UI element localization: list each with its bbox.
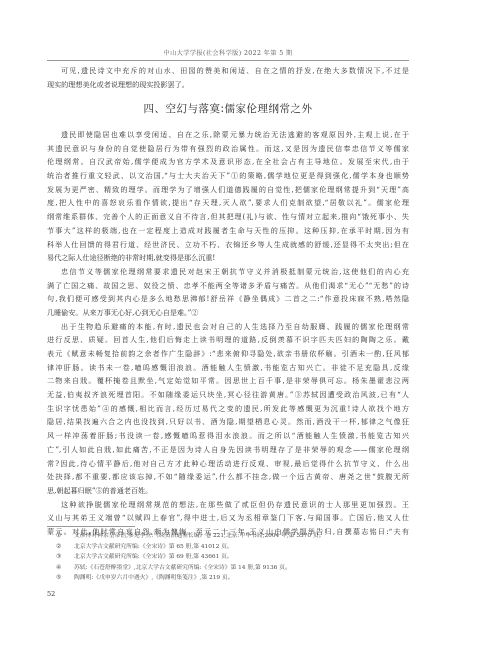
text-line: 二物来自戕。覆杯掩卷且默坐,气定始觉如平常。因思世上百千事,是非荣辱俱可忘。杨朱… [47,374,409,388]
text-line: 伦理纲常。自汉武帝始,儒学便成为官方学术及意识形态,在全社会占有主导地位。发展至… [47,155,409,169]
text-line: 亡”,引人如此自戕,如此痛苦,不正是因为诗人自身先因读书明理存了是非荣辱的观念—… [47,443,409,457]
running-head: 中山大学学报(社会科学版) 2022 年第 5 期 [47,48,409,57]
footnotes: ① 文彦博对神宗皇帝语,参见李焘:《续资治通鉴长编》卷 221,北京:中华书局,… [56,531,406,584]
footnote-divider [47,526,135,527]
footnote-marker: ③ [56,552,74,563]
footnote-5: ⑤ 陶渊明:《戊申岁六月中遇火》,《陶渊明集笺注》,第 219 页。 [56,573,406,584]
text-line: 表元《赋意未畅复拾前韵之余者作广生隐辞》:“悲来俯仰寻隐处,欲亲书册依杯觞。引酒… [47,347,409,361]
footnote-2: ② 北京大学古文献研究所编:《全宋诗》第 65 册,第 41012 页。 [56,542,406,553]
intro-paragraph: 可见,遗民诗文中充斥的对山水、田园的赞美和闲适、自在之情的抒发,在绝大多数情况下… [47,64,409,91]
text-line: 处抉择,都不重要,都应该忘掉,不如“随缘委运”,什么都不挂念,做一个远古黄帝、唐… [47,470,409,484]
text-line: 发展为更严密、精致的理学。而理学为了增强人们道德践履的自觉性,把儒家伦理纲常提升… [47,183,409,197]
paragraph-3: 出于生物趋乐避痛的本能,有时,遗民也会对自己的人生选择乃至自幼服膺、践履的儒家伦… [47,320,409,498]
footnote-text: 陶渊明:《戊申岁六月中遇火》,《陶渊明集笺注》,第 219 页。 [74,573,234,584]
text-line: 出于生物趋乐避痛的本能,有时,遗民也会对自己的人生选择乃至自幼服膺、践履的儒家伦… [47,320,409,334]
section-heading: 四、空幻与落寞:儒家伦理纲常之外 [47,101,409,116]
text-line: 律冲肝肠。读书未一卷,噫呜感慨泪浪浪。酒能触人生愤激,书能览古知兴亡。非徒不足充… [47,361,409,375]
footnote-text: 苏轼:《石苍舒醉墨堂》,北京大学古文献研究所编:《全宋诗》第 14 册,第 91… [74,563,291,574]
text-line: 几睡偷安。从来万事无心好,心到无心自是难。”② [47,306,409,320]
journal-page: 中山大学学报(社会科学版) 2022 年第 5 期 可见,遗民诗文中充斥的对山水… [0,0,480,647]
text-line: 遗民即使隐居也难以享受闲适、自在之乐,除蒙元暴力统治无法逃避的客观原因外,主观上… [47,128,409,142]
footnote-marker: ② [56,542,74,553]
text-line: 风一样冲荡着肝肠;书没读一卷,感慨噫呜惹得泪水浪浪。而之所以“酒能触人生愤激,书… [47,429,409,443]
text-line: 统治者推行重文轻武、以文治国,“与士大夫治天下”①的策略,儒学地位更是得到强化,… [47,169,409,183]
text-line: 忠信节义等儒家伦理纲常要求遗民对赵宋王朝抗节守义并消极抵制蒙元统治,这使他们的内… [47,265,409,279]
text-line: 隐居,结果找遍六合之内也没找到,只好以书、酒为隐,期望栖息心灵。然而,酒没干一杯… [47,415,409,429]
text-line: 常?因此,待心情平静后,他对自己方才此种心理活动进行反观、审视,最后觉得什么抗节… [47,457,409,471]
text-line: 无益,伯夷叔齐浪死埋首阳。不如随缘委运只块坐,冥心径往游黄唐。”③苏轼因遭受政治… [47,388,409,402]
main-body: 遗民即使隐居也难以享受闲适、自在之乐,除蒙元暴力统治无法逃避的客观原因外,主观上… [47,128,409,539]
text-line: 满了亡国之痛、故国之思、奴役之愤、忠孝不能两全等诸多矛盾与痛苦。从他们渴求“无心… [47,279,409,293]
text-line: 现实的理想美化或者说理想的现实投影罢了。 [47,78,409,92]
text-line: 可见,遗民诗文中充斥的对山水、田园的赞美和闲适、自在之情的抒发,在绝大多数情况下… [47,64,409,78]
text-line: 其遗民意识与身份的自觉使隐居行为带有强烈的政治属性。而这,又是因为遗民信奉忠信节… [47,142,409,156]
footnote-marker: ⑤ [56,573,74,584]
text-line: 生识字忧患始”④的感慨,相比而言,经历过易代之变的遗民,所发此等感慨更为沉重!诗… [47,402,409,416]
footnote-text: 北京大学古文献研究所编:《全宋诗》第 69 册,第 43661 页。 [74,552,233,563]
page-number: 52 [47,590,55,598]
footnote-text: 文彦博对神宗皇帝语,参见李焘:《续资治通鉴长编》卷 221,北京:中华书局,20… [74,531,325,542]
text-line: 义山与其弟王义端曾“以赋四上春官”,得中进士,后又为丞相章鉴门下客,与闻国事。亡… [47,511,409,525]
paragraph-2: 忠信节义等儒家伦理纲常要求遗民对赵宋王朝抗节守义并消极抵制蒙元统治,这使他们的内… [47,265,409,320]
footnote-1: ① 文彦博对神宗皇帝语,参见李焘:《续资治通鉴长编》卷 221,北京:中华书局,… [56,531,406,542]
footnote-marker: ④ [56,563,74,574]
text-line: 思,朝起暮归眠”⑤的普通老百姓。 [47,484,409,498]
paragraph-1: 遗民即使隐居也难以享受闲适、自在之乐,除蒙元暴力统治无法逃避的客观原因外,主观上… [47,128,409,265]
text-line: 这种欲挣脱儒家伦理纲常规范的想法,在那些做了贰臣但仍存遗民意识的士人那里更加强烈… [47,498,409,512]
text-line: 节事大”这样的极端,也在一定程度上造成对践履者生命与天性的压抑。这种压抑,在承平… [47,224,409,238]
text-line: 度,把人性中的喜怒哀乐看作情欲,提出“存天理,灭人欲”,要求人们克制欲望,“居敬… [47,196,409,210]
footnote-marker: ① [56,531,74,542]
footnote-4: ④ 苏轼:《石苍舒醉墨堂》,北京大学古文献研究所编:《全宋诗》第 14 册,第 … [56,563,406,574]
text-line: 纲常维系群体、完善个人的正面意义自不待言,但其把理(礼)与欲、性与情对立起来,推… [47,210,409,224]
text-line: 句,我们便可感受到其内心是多么地愁思沸郁!舒岳祥《静坐偶成》二首之二:“作意投床… [47,292,409,306]
header-divider [47,60,409,61]
text-line: 易代之际人仕途径断绝的非常时期,就变得是那么沉重! [47,251,409,265]
footnote-3: ③ 北京大学古文献研究所编:《全宋诗》第 69 册,第 43661 页。 [56,552,406,563]
text-line: 进行反思、质疑。回首人生,他们后悔走上读书明理的道路,反倒羡慕不识字匹夫匹妇的陶… [47,333,409,347]
text-line: 科举人仕回馈的得君行道、经世济民、立功不朽、衣锦还乡等人生成就感的舒缓,还显得不… [47,238,409,252]
footnote-text: 北京大学古文献研究所编:《全宋诗》第 65 册,第 41012 页。 [74,542,233,553]
